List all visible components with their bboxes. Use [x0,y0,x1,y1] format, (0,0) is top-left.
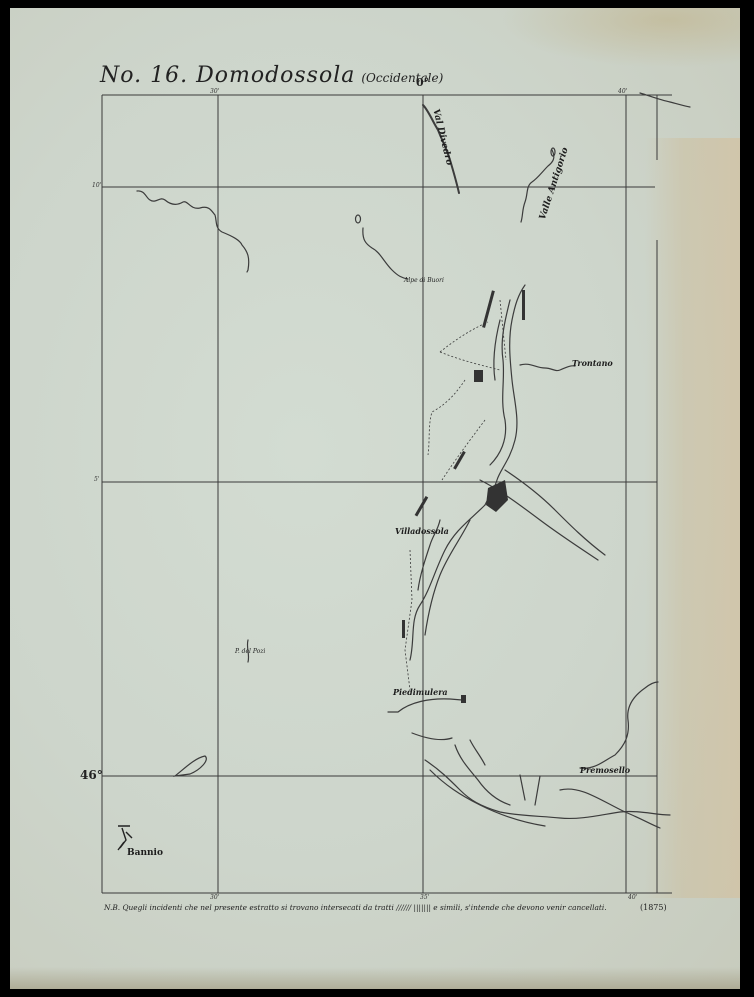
label-piedimulera: Piedimulera [393,687,448,697]
label-trontano: Trontano [572,358,613,368]
tick-lon-bottom-left: 30' [210,894,219,901]
rivers [137,93,690,828]
tick-lat-lower: 46° [80,768,103,782]
settlements [402,290,525,703]
tick-lon-top-left: 30' [210,88,219,95]
label-p-del-pozi: P. del Pozi [235,648,265,655]
map-year: (1875) [640,903,667,912]
label-premosello: Premosello [580,765,630,775]
bannio-symbol [118,826,132,850]
title-text: No. 16. Domodossola [100,63,355,88]
tick-lon-bottom-center: 35' [420,894,429,901]
tick-lon-bottom-right: 40' [628,894,637,901]
label-villadossola: Villadossola [395,526,449,536]
tick-lat-middle: 5' [94,476,99,483]
map-drawing [0,0,754,997]
footnote: N.B. Quegli incidenti che nel presente e… [104,903,607,912]
map-title: No. 16. Domodossola(Occidentale) [100,63,443,88]
title-subtitle: (Occidentale) [361,71,443,85]
label-bannio: Bannio [127,848,163,858]
label-alpe-di-buori: Alpe di Buori [404,277,444,284]
tick-lon-top-center: 0° [416,76,429,89]
tick-lon-top-right: 40' [618,88,627,95]
tick-lat-upper: 10' [92,182,101,189]
